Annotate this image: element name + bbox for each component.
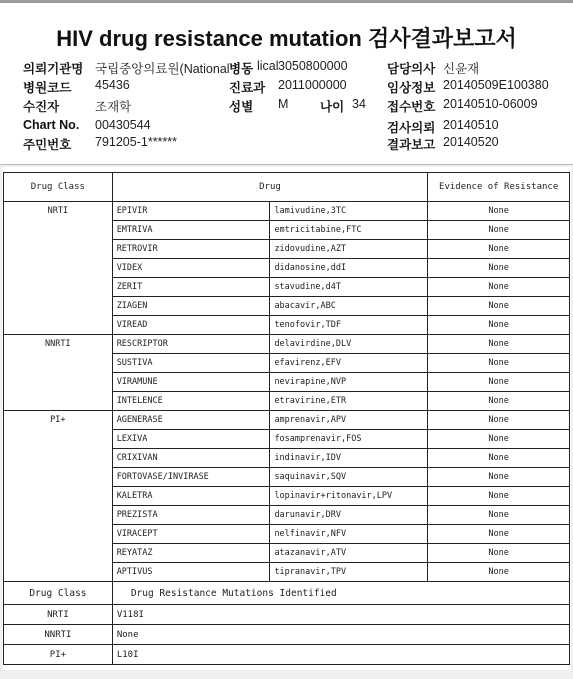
brand-name-cell: VIRACEPT (112, 525, 270, 544)
generic-name-cell: lopinavir+ritonavir,LPV (270, 487, 428, 506)
generic-name-cell: didanosine,ddI (270, 259, 428, 278)
drug-row: PI+AGENERASEamprenavir,APVNone (4, 411, 570, 430)
generic-name-cell: zidovudine,AZT (270, 240, 428, 259)
generic-name-cell: abacavir,ABC (270, 297, 428, 316)
evidence-cell: None (428, 278, 570, 297)
label-ward: 병동 (229, 59, 253, 77)
label-institution: 의뢰기관명 (23, 59, 83, 77)
header-mut-drug-class: Drug Class (4, 582, 113, 605)
brand-name-cell: RESCRIPTOR (112, 335, 270, 354)
brand-name-cell: RETROVIR (112, 240, 270, 259)
mutation-value: None (112, 625, 569, 645)
resistance-table: Drug Class Drug Evidence of Resistance N… (3, 172, 570, 582)
brand-name-cell: INTELENCE (112, 392, 270, 411)
label-department: 진료과 (229, 78, 265, 96)
generic-name-cell: nelfinavir,NFV (270, 525, 428, 544)
mutation-row: PI+ L10I (4, 645, 570, 665)
generic-name-cell: saquinavir,SQV (270, 468, 428, 487)
brand-name-cell: KALETRA (112, 487, 270, 506)
header-drug-class: Drug Class (4, 173, 113, 202)
label-hospital-code: 병원코드 (23, 78, 71, 96)
section-divider (0, 164, 573, 165)
generic-name-cell: etravirine,ETR (270, 392, 428, 411)
brand-name-cell: AGENERASE (112, 411, 270, 430)
evidence-cell: None (428, 487, 570, 506)
label-doctor: 담당의사 (387, 59, 435, 77)
mutation-class: NRTI (4, 605, 113, 625)
generic-name-cell: delavirdine,DLV (270, 335, 428, 354)
brand-name-cell: VIRAMUNE (112, 373, 270, 392)
value-result-report: 20140520 (443, 135, 499, 149)
brand-name-cell: ZERIT (112, 278, 270, 297)
value-ward-overlap: lical (257, 59, 279, 73)
brand-name-cell: SUSTIVA (112, 354, 270, 373)
label-sex: 성별 (229, 97, 253, 115)
value-institution: 국립중앙의료원(National (95, 59, 230, 77)
mutation-table: Drug Class Drug Resistance Mutations Ide… (3, 581, 570, 665)
brand-name-cell: LEXIVA (112, 430, 270, 449)
drug-class-cell: NNRTI (4, 335, 113, 411)
header-mutations: Drug Resistance Mutations Identified (112, 582, 569, 605)
evidence-cell: None (428, 525, 570, 544)
generic-name-cell: fosamprenavir,FOS (270, 430, 428, 449)
generic-name-cell: stavudine,d4T (270, 278, 428, 297)
brand-name-cell: REYATAZ (112, 544, 270, 563)
label-receipt-no: 접수번호 (387, 97, 435, 115)
brand-name-cell: VIDEX (112, 259, 270, 278)
mutation-class: PI+ (4, 645, 113, 665)
value-resident-no: 791205-1****** (95, 135, 177, 149)
evidence-cell: None (428, 240, 570, 259)
evidence-cell: None (428, 354, 570, 373)
value-test-request: 20140510 (443, 118, 499, 132)
evidence-cell: None (428, 259, 570, 278)
generic-name-cell: emtricitabine,FTC (270, 221, 428, 240)
value-age: 34 (352, 97, 366, 111)
drug-class-cell: PI+ (4, 411, 113, 582)
header-drug: Drug (112, 173, 428, 202)
evidence-cell: None (428, 430, 570, 449)
generic-name-cell: lamivudine,3TC (270, 202, 428, 221)
generic-name-cell: efavirenz,EFV (270, 354, 428, 373)
drug-row: NRTIEPIVIRlamivudine,3TCNone (4, 202, 570, 221)
evidence-cell: None (428, 373, 570, 392)
drug-class-cell: NRTI (4, 202, 113, 335)
value-patient: 조재학 (95, 97, 131, 115)
label-clinical-info: 임상정보 (387, 78, 435, 96)
value-sex: M (278, 97, 288, 111)
mutation-class: NNRTI (4, 625, 113, 645)
brand-name-cell: EMTRIVA (112, 221, 270, 240)
mutation-row: NRTI V118I (4, 605, 570, 625)
generic-name-cell: darunavir,DRV (270, 506, 428, 525)
brand-name-cell: VIREAD (112, 316, 270, 335)
report-title: HIV drug resistance mutation 검사결과보고서 (0, 22, 573, 53)
brand-name-cell: CRIXIVAN (112, 449, 270, 468)
brand-name-cell: EPIVIR (112, 202, 270, 221)
evidence-cell: None (428, 449, 570, 468)
value-clinical-info: 20140509E100380 (443, 78, 549, 92)
value-ward: 3050800000 (278, 59, 348, 73)
evidence-cell: None (428, 468, 570, 487)
header-evidence: Evidence of Resistance (428, 173, 570, 202)
drug-row: NNRTIRESCRIPTORdelavirdine,DLVNone (4, 335, 570, 354)
label-patient: 수진자 (23, 97, 59, 115)
brand-name-cell: ZIAGEN (112, 297, 270, 316)
generic-name-cell: tipranavir,TPV (270, 563, 428, 582)
mutation-table-header: Drug Class Drug Resistance Mutations Ide… (4, 582, 570, 605)
evidence-cell: None (428, 544, 570, 563)
resistance-table-header: Drug Class Drug Evidence of Resistance (4, 173, 570, 202)
evidence-cell: None (428, 411, 570, 430)
generic-name-cell: indinavir,IDV (270, 449, 428, 468)
value-department: 2011000000 (278, 78, 347, 92)
report-header: HIV drug resistance mutation 검사결과보고서 의뢰기… (0, 3, 573, 164)
mutation-value: V118I (112, 605, 569, 625)
mutation-value: L10I (112, 645, 569, 665)
generic-name-cell: tenofovir,TDF (270, 316, 428, 335)
label-chart-no: Chart No. (23, 118, 79, 132)
label-age: 나이 (320, 97, 344, 115)
value-hospital-code: 45436 (95, 78, 130, 92)
evidence-cell: None (428, 221, 570, 240)
brand-name-cell: PREZISTA (112, 506, 270, 525)
generic-name-cell: amprenavir,APV (270, 411, 428, 430)
mutation-row: NNRTI None (4, 625, 570, 645)
label-resident-no: 주민번호 (23, 135, 71, 153)
brand-name-cell: FORTOVASE/INVIRASE (112, 468, 270, 487)
evidence-cell: None (428, 335, 570, 354)
value-receipt-no: 20140510-06009 (443, 97, 538, 111)
evidence-cell: None (428, 297, 570, 316)
evidence-cell: None (428, 563, 570, 582)
evidence-cell: None (428, 506, 570, 525)
evidence-cell: None (428, 392, 570, 411)
brand-name-cell: APTIVUS (112, 563, 270, 582)
value-doctor: 신윤재 (443, 59, 479, 77)
evidence-cell: None (428, 316, 570, 335)
generic-name-cell: atazanavir,ATV (270, 544, 428, 563)
label-test-request: 검사의뢰 (387, 118, 435, 136)
generic-name-cell: nevirapine,NVP (270, 373, 428, 392)
evidence-cell: None (428, 202, 570, 221)
value-chart-no: 00430544 (95, 118, 151, 132)
label-result-report: 결과보고 (387, 135, 435, 153)
